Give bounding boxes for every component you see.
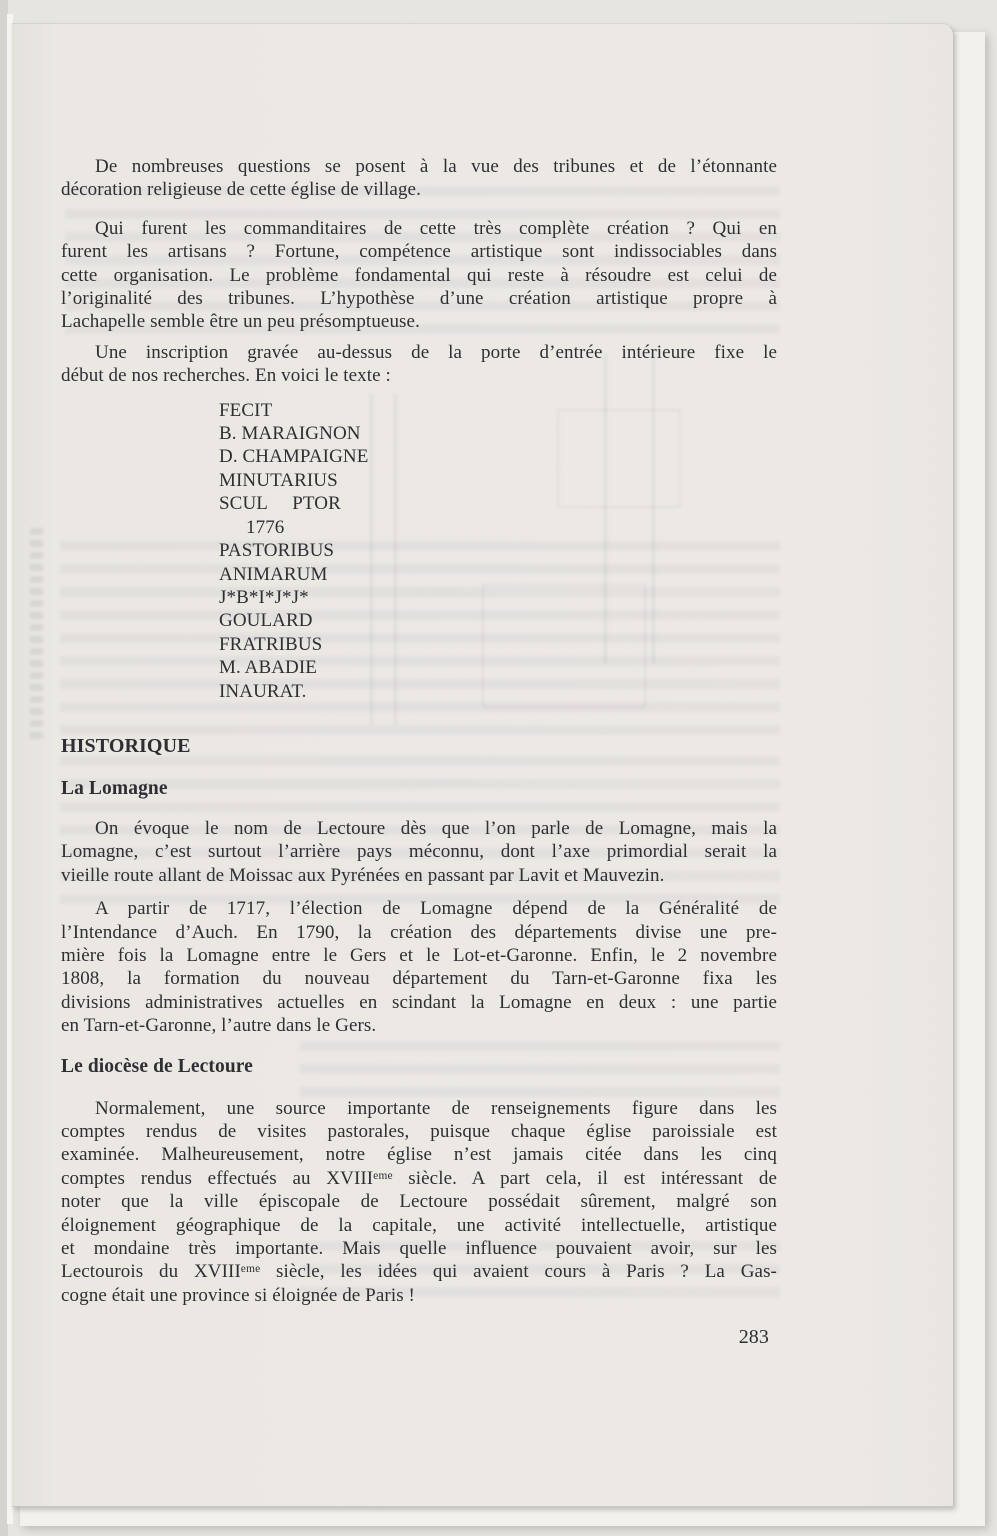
text-line: Qui furent les commanditaires de cette t… bbox=[61, 217, 777, 240]
paragraph: Qui furent les commanditaires de cette t… bbox=[61, 217, 777, 334]
text-line: Lachapelle semble être un peu présomptue… bbox=[61, 310, 777, 333]
paragraph: On évoque le nom de Lectoure dès que l’o… bbox=[61, 817, 777, 887]
inscription-line: B. MARAIGNON bbox=[219, 422, 777, 445]
inscription-line: M. ABADIE bbox=[219, 656, 777, 679]
inscription-line: FECIT bbox=[219, 399, 777, 422]
subsection-heading: Le diocèse de Lectoure bbox=[61, 1054, 777, 1080]
text-line: Lomagne, c’est surtout l’arrière pays mé… bbox=[61, 840, 777, 863]
subsection-heading: La Lomagne bbox=[61, 776, 777, 802]
inscription-line: J*B*I*J*J* bbox=[219, 586, 777, 609]
text-line: l’Intendance d’Auch. En 1790, la créatio… bbox=[61, 921, 777, 944]
text-line: comptes rendus effectués au XVIIIᵉᵐᵉ siè… bbox=[61, 1167, 777, 1190]
text-line: en Tarn-et-Garonne, l’autre dans le Gers… bbox=[61, 1014, 777, 1037]
text-line: Lectourois du XVIIIᵉᵐᵉ siècle, les idées… bbox=[61, 1260, 777, 1283]
text-line: cette organisation. Le problème fondamen… bbox=[61, 264, 777, 287]
paragraph: Une inscription gravée au-dessus de la p… bbox=[61, 341, 777, 388]
text-line: Normalement, une source importante de re… bbox=[61, 1097, 777, 1120]
text-line: l’originalité des tribunes. L’hypothèse … bbox=[61, 287, 777, 310]
inscription-line: FRATRIBUS bbox=[219, 633, 777, 656]
text-line: et mondaine très importante. Mais quelle… bbox=[61, 1237, 777, 1260]
text-line: On évoque le nom de Lectoure dès que l’o… bbox=[61, 817, 777, 840]
text-line: comptes rendus de visites pastorales, pu… bbox=[61, 1120, 777, 1143]
inscription-line: 1776 bbox=[219, 516, 777, 539]
paragraph: Normalement, une source importante de re… bbox=[61, 1097, 777, 1308]
inscription-block: FECIT B. MARAIGNON D. CHAMPAIGNE MINUTAR… bbox=[219, 399, 777, 703]
text-line: De nombreuses questions se posent à la v… bbox=[61, 155, 777, 178]
paragraph: A partir de 1717, l’élection de Lomagne … bbox=[61, 897, 777, 1037]
text-line: mière fois la Lomagne entre le Gers et l… bbox=[61, 944, 777, 967]
text-line: décoration religieuse de cette église de… bbox=[61, 178, 777, 201]
paper-sheet: De nombreuses questions se posent à la v… bbox=[12, 23, 954, 1507]
text-line: furent les artisans ? Fortune, compétenc… bbox=[61, 240, 777, 263]
inscription-line: MINUTARIUS bbox=[219, 469, 777, 492]
body-text: De nombreuses questions se posent à la v… bbox=[61, 155, 777, 1350]
page-scan: De nombreuses questions se posent à la v… bbox=[0, 0, 997, 1536]
inscription-line: SCUL PTOR bbox=[219, 492, 777, 515]
text-line: Une inscription gravée au-dessus de la p… bbox=[61, 341, 777, 364]
inscription-line: ANIMARUM bbox=[219, 563, 777, 586]
text-line: cogne était une province si éloignée de … bbox=[61, 1284, 777, 1307]
inscription-line: INAURAT. bbox=[219, 680, 777, 703]
inscription-line: D. CHAMPAIGNE bbox=[219, 445, 777, 468]
section-heading: HISTORIQUE bbox=[61, 733, 777, 759]
text-line: A partir de 1717, l’élection de Lomagne … bbox=[61, 897, 777, 920]
text-line: éloignement géographique de la capitale,… bbox=[61, 1214, 777, 1237]
text-line: divisions administratives actuelles en s… bbox=[61, 991, 777, 1014]
text-line: vieille route allant de Moissac aux Pyré… bbox=[61, 864, 777, 887]
text-line: noter que la ville épiscopale de Lectour… bbox=[61, 1190, 777, 1213]
text-line: 1808, la formation du nouveau départemen… bbox=[61, 967, 777, 990]
inscription-line: GOULARD bbox=[219, 609, 777, 632]
inscription-line: PASTORIBUS bbox=[219, 539, 777, 562]
text-line: examinée. Malheureusement, notre église … bbox=[61, 1143, 777, 1166]
page-number: 283 bbox=[61, 1326, 777, 1349]
bleedthrough-vertical-caption bbox=[30, 524, 43, 739]
paragraph: De nombreuses questions se posent à la v… bbox=[61, 155, 777, 202]
text-line: début de nos recherches. En voici le tex… bbox=[61, 364, 777, 387]
